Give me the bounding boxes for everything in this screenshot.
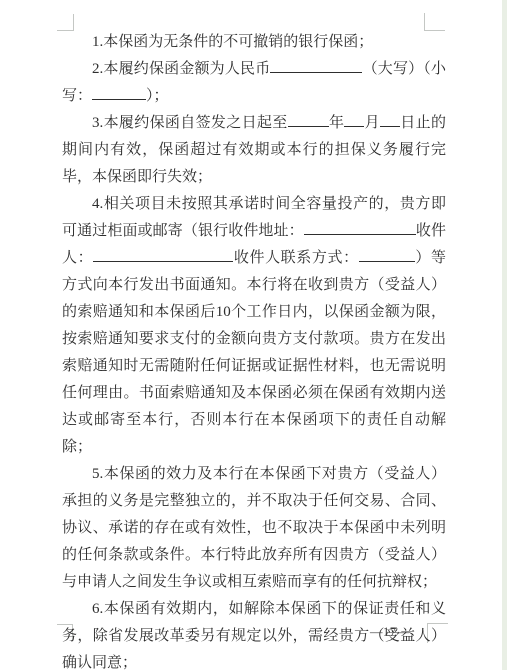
fill-in-blank	[359, 247, 415, 262]
clause-text: 5.本保函的效力及本行在本保函下对贵方（受益人）承担的义务是完整独立的，并不取决…	[62, 466, 446, 590]
page-edge	[502, 0, 507, 670]
document-page: 1.本保函为无条件的不可撤销的银行保函；2.本履约保函金额为人民币（大写）（小写…	[0, 0, 507, 670]
clause-text: 年	[329, 115, 345, 131]
fill-in-blank	[288, 112, 329, 127]
fill-in-blank	[380, 112, 400, 127]
page-number: —17—	[370, 625, 410, 640]
clause-text: 收件人联系方式：	[233, 250, 359, 266]
clause-3: 3.本履约保函自签发之日起至年月日止的期间内有效，保函超过有效期或本行的担保义务…	[62, 110, 446, 191]
clause-text: ）；	[146, 88, 169, 104]
fill-in-blank	[270, 58, 362, 73]
clause-4: 4.相关项目未按照其承诺时间全容量投产的，贵方即可通过柜面或邮寄（银行收件地址：…	[62, 191, 446, 461]
fill-in-blank	[344, 112, 364, 127]
clause-1: 1.本保函为无条件的不可撤销的银行保函；	[62, 29, 446, 56]
fill-in-blank	[304, 220, 416, 235]
clause-text: 2.本履约保函金额为人民币	[92, 61, 270, 77]
clause-text: 3.本履约保函自签发之日起至	[92, 115, 288, 131]
clause-text: 月	[364, 115, 380, 131]
clause-5: 5.本保函的效力及本行在本保函下对贵方（受益人）承担的义务是完整独立的，并不取决…	[62, 461, 446, 596]
document-body: 1.本保函为无条件的不可撤销的银行保函；2.本履约保函金额为人民币（大写）（小写…	[62, 29, 446, 670]
fill-in-blank	[92, 85, 146, 100]
clause-text: 1.本保函为无条件的不可撤销的银行保函；	[92, 34, 373, 50]
fill-in-blank	[93, 247, 233, 262]
clause-2: 2.本履约保函金额为人民币（大写）（小写：）；	[62, 56, 446, 110]
clause-text: ）等方式向本行发出书面通知。本行将在收到贵方（受益人）的索赔通知和本保函后10个…	[62, 250, 446, 455]
